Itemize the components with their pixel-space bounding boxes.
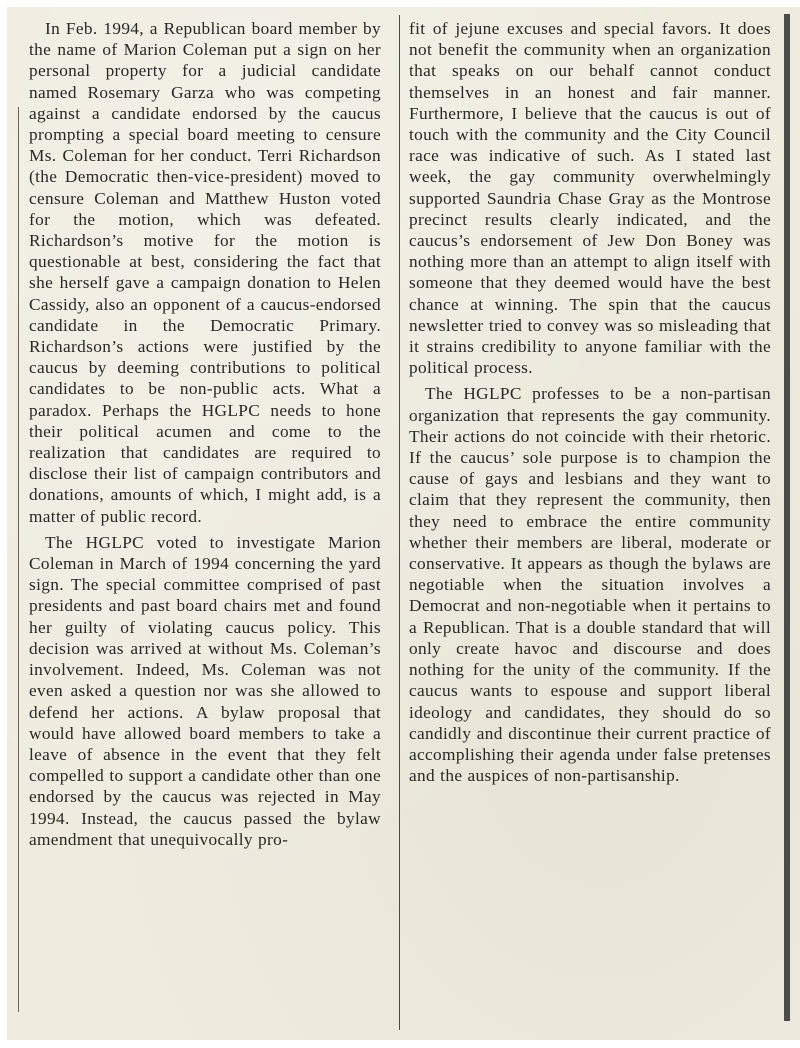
right-border-bar	[784, 14, 790, 1021]
left-column-rule	[18, 107, 19, 1012]
column-divider	[399, 15, 400, 1030]
paragraph: In Feb. 1994, a Republican board member …	[29, 18, 381, 527]
left-column: In Feb. 1994, a Republican board member …	[29, 18, 381, 855]
right-column: fit of jejune excuses and special favors…	[409, 18, 771, 791]
paragraph: The HGLPC professes to be a non-partisan…	[409, 383, 771, 786]
paragraph-continued: fit of jejune excuses and special favors…	[409, 18, 771, 378]
newspaper-clipping: In Feb. 1994, a Republican board member …	[7, 7, 800, 1040]
paragraph: The HGLPC voted to investigate Marion Co…	[29, 532, 381, 850]
